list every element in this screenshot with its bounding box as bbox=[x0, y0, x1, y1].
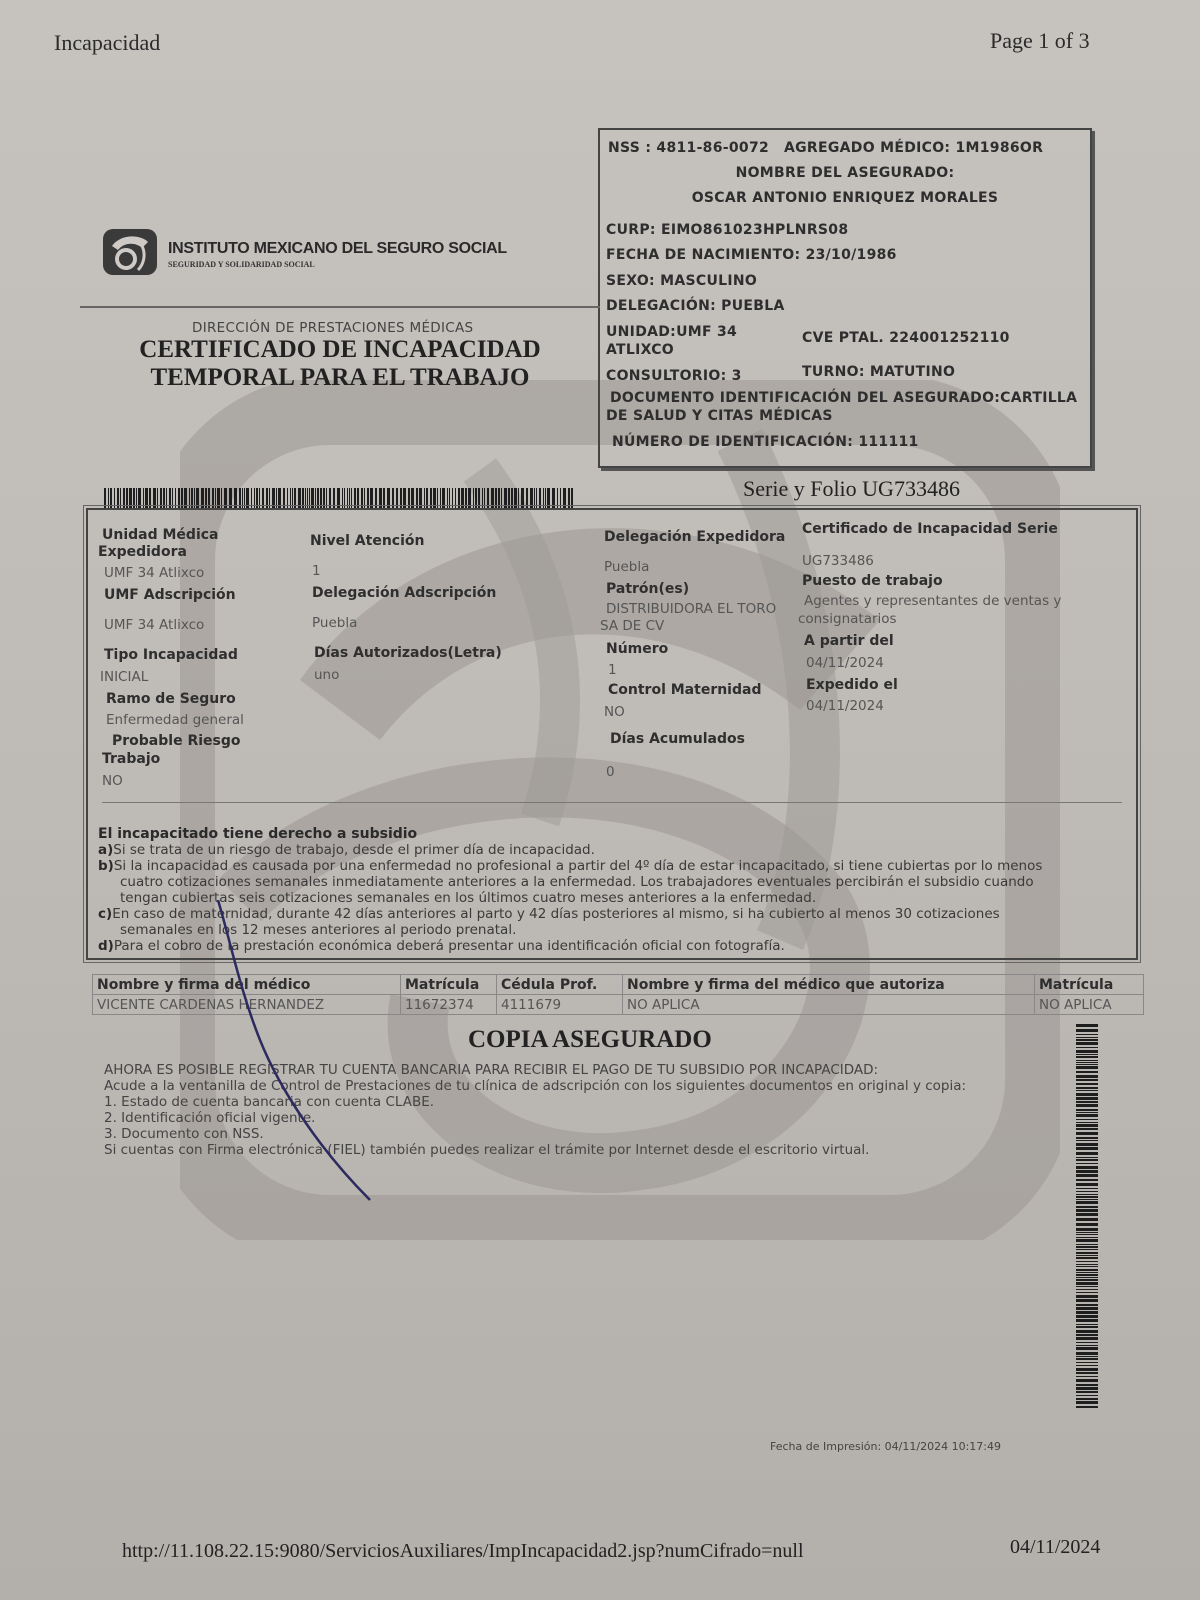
delegacion-expedidora-value: Puebla bbox=[604, 558, 649, 576]
patient-info-box: NSS : 4811-86-0072 AGREGADO MÉDICO: 1M19… bbox=[598, 128, 1092, 468]
bank-account-notice: AHORA ES POSIBLE REGISTRAR TU CUENTA BAN… bbox=[104, 1062, 966, 1158]
insured-name: OSCAR ANTONIO ENRIQUEZ MORALES bbox=[600, 190, 1090, 206]
dias-autorizados-label: Días Autorizados(Letra) bbox=[314, 644, 502, 662]
doctor-table: Nombre y firma del médico Matrícula Cédu… bbox=[92, 974, 1144, 1015]
header-divider bbox=[80, 306, 600, 308]
cert-serie-value: UG733486 bbox=[802, 552, 874, 570]
institution-tagline: SEGURIDAD Y SOLIDARIDAD SOCIAL bbox=[168, 260, 315, 269]
footer-url: http://11.108.22.15:9080/ServiciosAuxili… bbox=[122, 1540, 804, 1563]
institution-name: INSTITUTO MEXICANO DEL SEGURO SOCIAL bbox=[168, 240, 507, 258]
document-title-line2: TEMPORAL PARA EL TRABAJO bbox=[120, 364, 560, 392]
matricula-header: Matrícula bbox=[401, 975, 497, 995]
imss-logo-icon bbox=[102, 228, 158, 276]
control-maternidad-value: NO bbox=[604, 703, 625, 721]
incapacity-details: Unidad Médica Expedidora UMF 34 Atlixco … bbox=[86, 508, 1138, 960]
numero-value: 1 bbox=[608, 661, 617, 679]
copy-label: COPIA ASEGURADO bbox=[468, 1026, 712, 1054]
sex: SEXO: MASCULINO bbox=[606, 273, 757, 289]
subsidio-notice: El incapacitado tiene derecho a subsidio… bbox=[98, 826, 1128, 954]
riesgo-trabajo-label-2: Trabajo bbox=[102, 750, 160, 768]
footer-date: 04/11/2024 bbox=[1010, 1536, 1100, 1559]
cve-ptal: CVE PTAL. 224001252110 bbox=[802, 330, 1010, 346]
turno: TURNO: MATUTINO bbox=[802, 364, 955, 380]
a-partir-value: 04/11/2024 bbox=[806, 654, 884, 672]
document-title-line1: CERTIFICADO DE INCAPACIDAD bbox=[120, 336, 560, 364]
doc-identificacion-cont: DE SALUD Y CITAS MÉDICAS bbox=[606, 408, 833, 424]
doctor-table-header: Nombre y firma del médico Matrícula Cédu… bbox=[93, 975, 1144, 995]
print-date: Fecha de Impresión: 04/11/2024 10:17:49 bbox=[770, 1440, 1001, 1453]
unidad-city: ATLIXCO bbox=[606, 342, 674, 358]
doctor-name-header: Nombre y firma del médico bbox=[93, 975, 401, 995]
dias-acumulados-label: Días Acumulados bbox=[610, 730, 745, 748]
id-number: NÚMERO DE IDENTIFICACIÓN: 111111 bbox=[612, 434, 919, 450]
ramo-seguro-value: Enfermedad general bbox=[106, 711, 244, 729]
delegacion-adscripcion-label: Delegación Adscripción bbox=[312, 584, 496, 602]
ramo-seguro-label: Ramo de Seguro bbox=[106, 690, 236, 708]
doctor-table-row: VICENTE CARDENAS HERNANDEZ 11672374 4111… bbox=[93, 995, 1144, 1015]
umf-adscripcion-label: UMF Adscripción bbox=[104, 586, 236, 604]
nivel-atencion-label: Nivel Atención bbox=[310, 532, 424, 550]
matricula: 11672374 bbox=[401, 995, 497, 1015]
subsidio-title: El incapacitado tiene derecho a subsidio bbox=[98, 826, 1128, 842]
tipo-incapacidad-value: INICIAL bbox=[100, 668, 148, 686]
puesto-label: Puesto de trabajo bbox=[802, 572, 943, 590]
serie-folio: Serie y Folio UG733486 bbox=[743, 476, 960, 502]
agregado-medico: AGREGADO MÉDICO: 1M1986OR bbox=[784, 140, 1043, 156]
numero-label: Número bbox=[606, 640, 668, 658]
riesgo-trabajo-value: NO bbox=[102, 772, 123, 790]
barcode-vertical bbox=[1076, 1024, 1098, 1408]
nivel-atencion-value: 1 bbox=[312, 562, 321, 580]
bank-notice-item1: 1. Estado de cuenta bancaria con cuenta … bbox=[104, 1094, 966, 1110]
riesgo-trabajo-label: Probable Riesgo bbox=[112, 732, 241, 750]
authorizing-doctor-header: Nombre y firma del médico que autoriza bbox=[623, 975, 1035, 995]
unidad: UNIDAD:UMF 34 bbox=[606, 324, 737, 340]
patron-value-2: SA DE CV bbox=[600, 617, 664, 635]
puesto-value-2: consignatarios bbox=[798, 610, 897, 628]
delegacion: DELEGACIÓN: PUEBLA bbox=[606, 298, 785, 314]
a-partir-label: A partir del bbox=[804, 632, 894, 650]
doctor-name: VICENTE CARDENAS HERNANDEZ bbox=[93, 995, 401, 1015]
bank-notice-item3: 3. Documento con NSS. bbox=[104, 1126, 966, 1142]
department-name: DIRECCIÓN DE PRESTACIONES MÉDICAS bbox=[192, 320, 473, 336]
details-divider bbox=[102, 802, 1122, 803]
header-title: Incapacidad bbox=[54, 30, 160, 56]
puesto-value: Agentes y representantes de ventas y bbox=[804, 592, 1061, 610]
curp: CURP: EIMO861023HPLNRS08 bbox=[606, 222, 848, 238]
subsidio-item-d: d)Para el cobro de la prestación económi… bbox=[98, 938, 1128, 954]
subsidio-item-b: b)Si la incapacidad es causada por una e… bbox=[98, 858, 1128, 874]
unidad-expedidora-label: Unidad Médica bbox=[102, 526, 219, 544]
delegacion-adscripcion-value: Puebla bbox=[312, 614, 357, 632]
umf-adscripcion-value: UMF 34 Atlixco bbox=[104, 616, 204, 634]
cedula-header: Cédula Prof. bbox=[497, 975, 623, 995]
document-title: CERTIFICADO DE INCAPACIDAD TEMPORAL PARA… bbox=[120, 336, 560, 392]
page-indicator: Page 1 of 3 bbox=[990, 28, 1090, 54]
authorizing-matricula: NO APLICA bbox=[1035, 995, 1144, 1015]
authorizing-doctor: NO APLICA bbox=[623, 995, 1035, 1015]
delegacion-expedidora-label: Delegación Expedidora bbox=[604, 528, 785, 546]
subsidio-item-c-cont: semanales en los 12 meses anteriores al … bbox=[98, 922, 1128, 938]
bank-notice-line2: Acude a la ventanilla de Control de Pres… bbox=[104, 1078, 966, 1094]
certificate-page: Incapacidad Page 1 of 3 NSS : 4811-86-00… bbox=[0, 0, 1200, 1600]
expedido-label: Expedido el bbox=[806, 676, 898, 694]
bank-notice-fiel: Si cuentas con Firma electrónica (FIEL) … bbox=[104, 1142, 966, 1158]
unidad-expedidora-label-2: Expedidora bbox=[98, 543, 187, 561]
patron-label: Patrón(es) bbox=[606, 580, 689, 598]
subsidio-item-a: a)Si se trata de un riesgo de trabajo, d… bbox=[98, 842, 1128, 858]
subsidio-item-b-cont-2: tengan cubiertas seis cotizaciones seman… bbox=[98, 890, 1128, 906]
subsidio-item-b-cont: cuatro cotizaciones semanales inmediatam… bbox=[98, 874, 1128, 890]
doc-identificacion: DOCUMENTO IDENTIFICACIÓN DEL ASEGURADO:C… bbox=[610, 390, 1077, 406]
nss: NSS : 4811-86-0072 bbox=[608, 140, 769, 156]
subsidio-item-c: c)En caso de maternidad, durante 42 días… bbox=[98, 906, 1128, 922]
consultorio: CONSULTORIO: 3 bbox=[606, 368, 742, 384]
control-maternidad-label: Control Maternidad bbox=[608, 681, 761, 699]
dias-autorizados-value: uno bbox=[314, 666, 339, 684]
unidad-expedidora-value: UMF 34 Atlixco bbox=[104, 564, 204, 582]
expedido-value: 04/11/2024 bbox=[806, 697, 884, 715]
birth-date: FECHA DE NACIMIENTO: 23/10/1986 bbox=[606, 247, 897, 263]
barcode-horizontal bbox=[104, 488, 586, 510]
dias-acumulados-value: 0 bbox=[606, 763, 615, 781]
bank-notice-item2: 2. Identificación oficial vigente. bbox=[104, 1110, 966, 1126]
authorizing-matricula-header: Matrícula bbox=[1035, 975, 1144, 995]
patron-value: DISTRIBUIDORA EL TORO bbox=[606, 600, 776, 618]
insured-name-label: NOMBRE DEL ASEGURADO: bbox=[600, 165, 1090, 181]
tipo-incapacidad-label: Tipo Incapacidad bbox=[104, 646, 238, 664]
cedula: 4111679 bbox=[497, 995, 623, 1015]
bank-notice-line1: AHORA ES POSIBLE REGISTRAR TU CUENTA BAN… bbox=[104, 1062, 966, 1078]
cert-serie-label: Certificado de Incapacidad Serie bbox=[802, 520, 1058, 538]
